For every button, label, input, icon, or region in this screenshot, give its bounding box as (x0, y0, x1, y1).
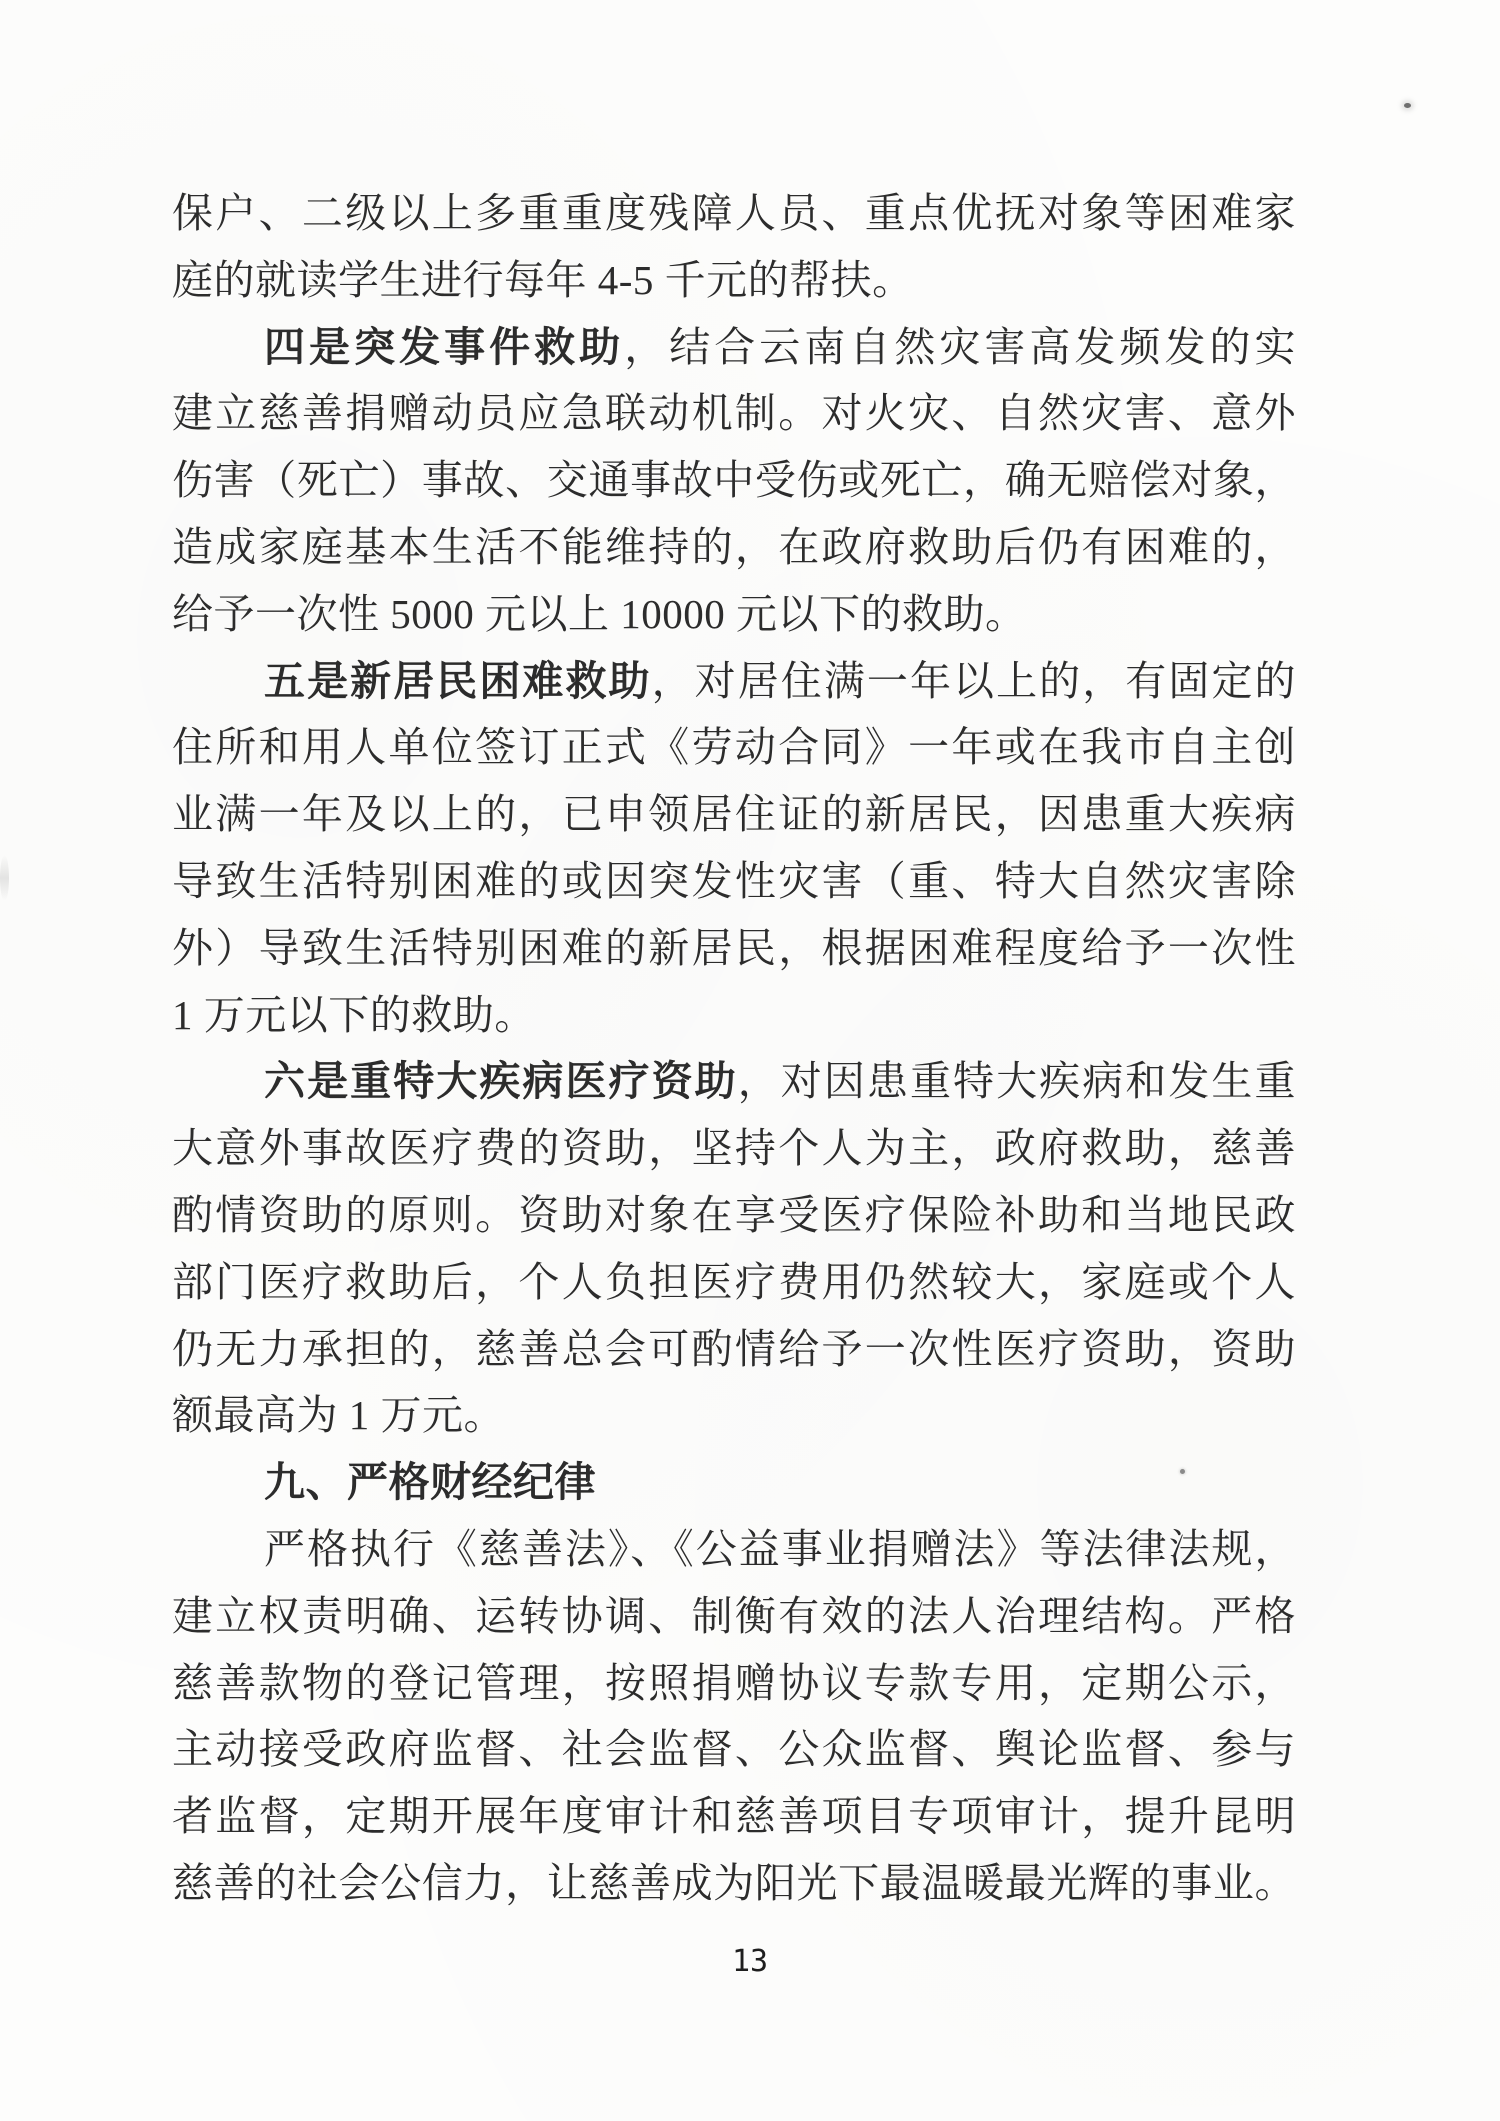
text-line: 部门医疗救助后，个人负担医疗费用仍然较大，家庭或个人 (172, 1249, 1296, 1316)
text-line: 者监督，定期开展年度审计和慈善项目专项审计，提升昆明 (172, 1783, 1296, 1850)
text-run: 业满一年及以上的，已申领居住证的新居民，因患重大疾病 (172, 791, 1296, 837)
text-line: 1 万元以下的救助。 (172, 982, 1296, 1049)
text-line: 慈善的社会公信力，让慈善成为阳光下最温暖最光辉的事业。 (172, 1850, 1296, 1917)
text-line: 仍无力承担的，慈善总会可酌情给予一次性医疗资助，资助 (172, 1316, 1296, 1383)
text-line: 九、严格财经纪律 (172, 1449, 1296, 1516)
text-run: 者监督，定期开展年度审计和慈善项目专项审计，提升昆明 (172, 1793, 1296, 1839)
text-run: 慈善的社会公信力，让慈善成为阳光下最温暖最光辉的事业。 (172, 1860, 1296, 1906)
text-run: 酌情资助的原则。资助对象在享受医疗保险补助和当地民政 (172, 1192, 1296, 1238)
text-line: 建立权责明确、运转协调、制衡有效的法人治理结构。严格 (172, 1583, 1296, 1650)
text-run: 导致生活特别困难的或因突发性灾害（重、特大自然灾害除 (172, 858, 1296, 904)
text-line: 伤害（死亡）事故、交通事故中受伤或死亡，确无赔偿对象， (172, 447, 1296, 514)
text-run: 住所和用人单位签订正式《劳动合同》一年或在我市自主创 (172, 724, 1296, 770)
text-run: 主动接受政府监督、社会监督、公众监督、舆论监督、参与 (172, 1726, 1296, 1772)
text-run: 伤害（死亡）事故、交通事故中受伤或死亡，确无赔偿对象， (172, 457, 1296, 503)
text-line: 大意外事故医疗费的资助，坚持个人为主，政府救助，慈善 (172, 1115, 1296, 1182)
bold-text-run: 六是重特大疾病医疗资助 (264, 1058, 738, 1104)
text-run: 大意外事故医疗费的资助，坚持个人为主，政府救助，慈善 (172, 1125, 1296, 1171)
scan-artifact-dot (1404, 103, 1411, 108)
text-run: 部门医疗救助后，个人负担医疗费用仍然较大，家庭或个人 (172, 1259, 1296, 1305)
text-line: 四是突发事件救助，结合云南自然灾害高发频发的实际， (172, 314, 1296, 381)
text-run: 1 万元以下的救助。 (172, 992, 536, 1038)
text-run: 建立慈善捐赠动员应急联动机制。对火灾、自然灾害、意外 (172, 390, 1296, 436)
text-line: 酌情资助的原则。资助对象在享受医疗保险补助和当地民政 (172, 1182, 1296, 1249)
text-line: 五是新居民困难救助，对居住满一年以上的，有固定的 (172, 648, 1296, 715)
text-line: 保户、二级以上多重重度残障人员、重点优抚对象等困难家 (172, 180, 1296, 247)
text-run: 严格执行《慈善法》、《公益事业捐赠法》等法律法规， (264, 1526, 1296, 1572)
text-line: 给予一次性 5000 元以上 10000 元以下的救助。 (172, 581, 1296, 648)
text-run: 额最高为 1 万元。 (172, 1392, 505, 1438)
text-run: 外）导致生活特别困难的新居民，根据困难程度给予一次性 (172, 925, 1296, 971)
text-run: 建立权责明确、运转协调、制衡有效的法人治理结构。严格 (172, 1593, 1296, 1639)
bold-text-run: 九、严格财经纪律 (264, 1459, 596, 1505)
text-line: 建立慈善捐赠动员应急联动机制。对火灾、自然灾害、意外 (172, 380, 1296, 447)
text-run: ，对居住满一年以上的，有固定的 (652, 658, 1296, 704)
bold-text-run: 四是突发事件救助 (264, 324, 624, 370)
text-run: 造成家庭基本生活不能维持的，在政府救助后仍有困难的， (172, 524, 1296, 570)
text-line: 额最高为 1 万元。 (172, 1382, 1296, 1449)
text-run: ，对因患重特大疾病和发生重 (738, 1058, 1296, 1104)
text-line: 造成家庭基本生活不能维持的，在政府救助后仍有困难的， (172, 514, 1296, 581)
text-line: 慈善款物的登记管理，按照捐赠协议专款专用，定期公示， (172, 1650, 1296, 1717)
text-line: 业满一年及以上的，已申领居住证的新居民，因患重大疾病 (172, 781, 1296, 848)
text-run: 庭的就读学生进行每年 4-5 千元的帮扶。 (172, 257, 914, 303)
text-run: 仍无力承担的，慈善总会可酌情给予一次性医疗资助，资助 (172, 1326, 1296, 1372)
scan-artifact-edge-smudge (0, 855, 9, 901)
text-line: 六是重特大疾病医疗资助，对因患重特大疾病和发生重 (172, 1048, 1296, 1115)
document-text-block: 保户、二级以上多重重度残障人员、重点优抚对象等困难家庭的就读学生进行每年 4-5… (172, 180, 1296, 1917)
scanned-document-page: 保户、二级以上多重重度残障人员、重点优抚对象等困难家庭的就读学生进行每年 4-5… (0, 0, 1500, 2121)
text-line: 导致生活特别困难的或因突发性灾害（重、特大自然灾害除 (172, 848, 1296, 915)
text-run: 给予一次性 5000 元以上 10000 元以下的救助。 (172, 591, 1027, 637)
bold-text-run: 五是新居民困难救助 (264, 658, 652, 704)
text-line: 严格执行《慈善法》、《公益事业捐赠法》等法律法规， (172, 1516, 1296, 1583)
text-line: 主动接受政府监督、社会监督、公众监督、舆论监督、参与 (172, 1716, 1296, 1783)
text-line: 庭的就读学生进行每年 4-5 千元的帮扶。 (172, 247, 1296, 314)
text-line: 住所和用人单位签订正式《劳动合同》一年或在我市自主创 (172, 714, 1296, 781)
text-line: 外）导致生活特别困难的新居民，根据困难程度给予一次性 (172, 915, 1296, 982)
text-run: 慈善款物的登记管理，按照捐赠协议专款专用，定期公示， (172, 1660, 1296, 1706)
text-run: 保户、二级以上多重重度残障人员、重点优抚对象等困难家 (172, 190, 1296, 236)
page-number: 13 (0, 1944, 1500, 1980)
